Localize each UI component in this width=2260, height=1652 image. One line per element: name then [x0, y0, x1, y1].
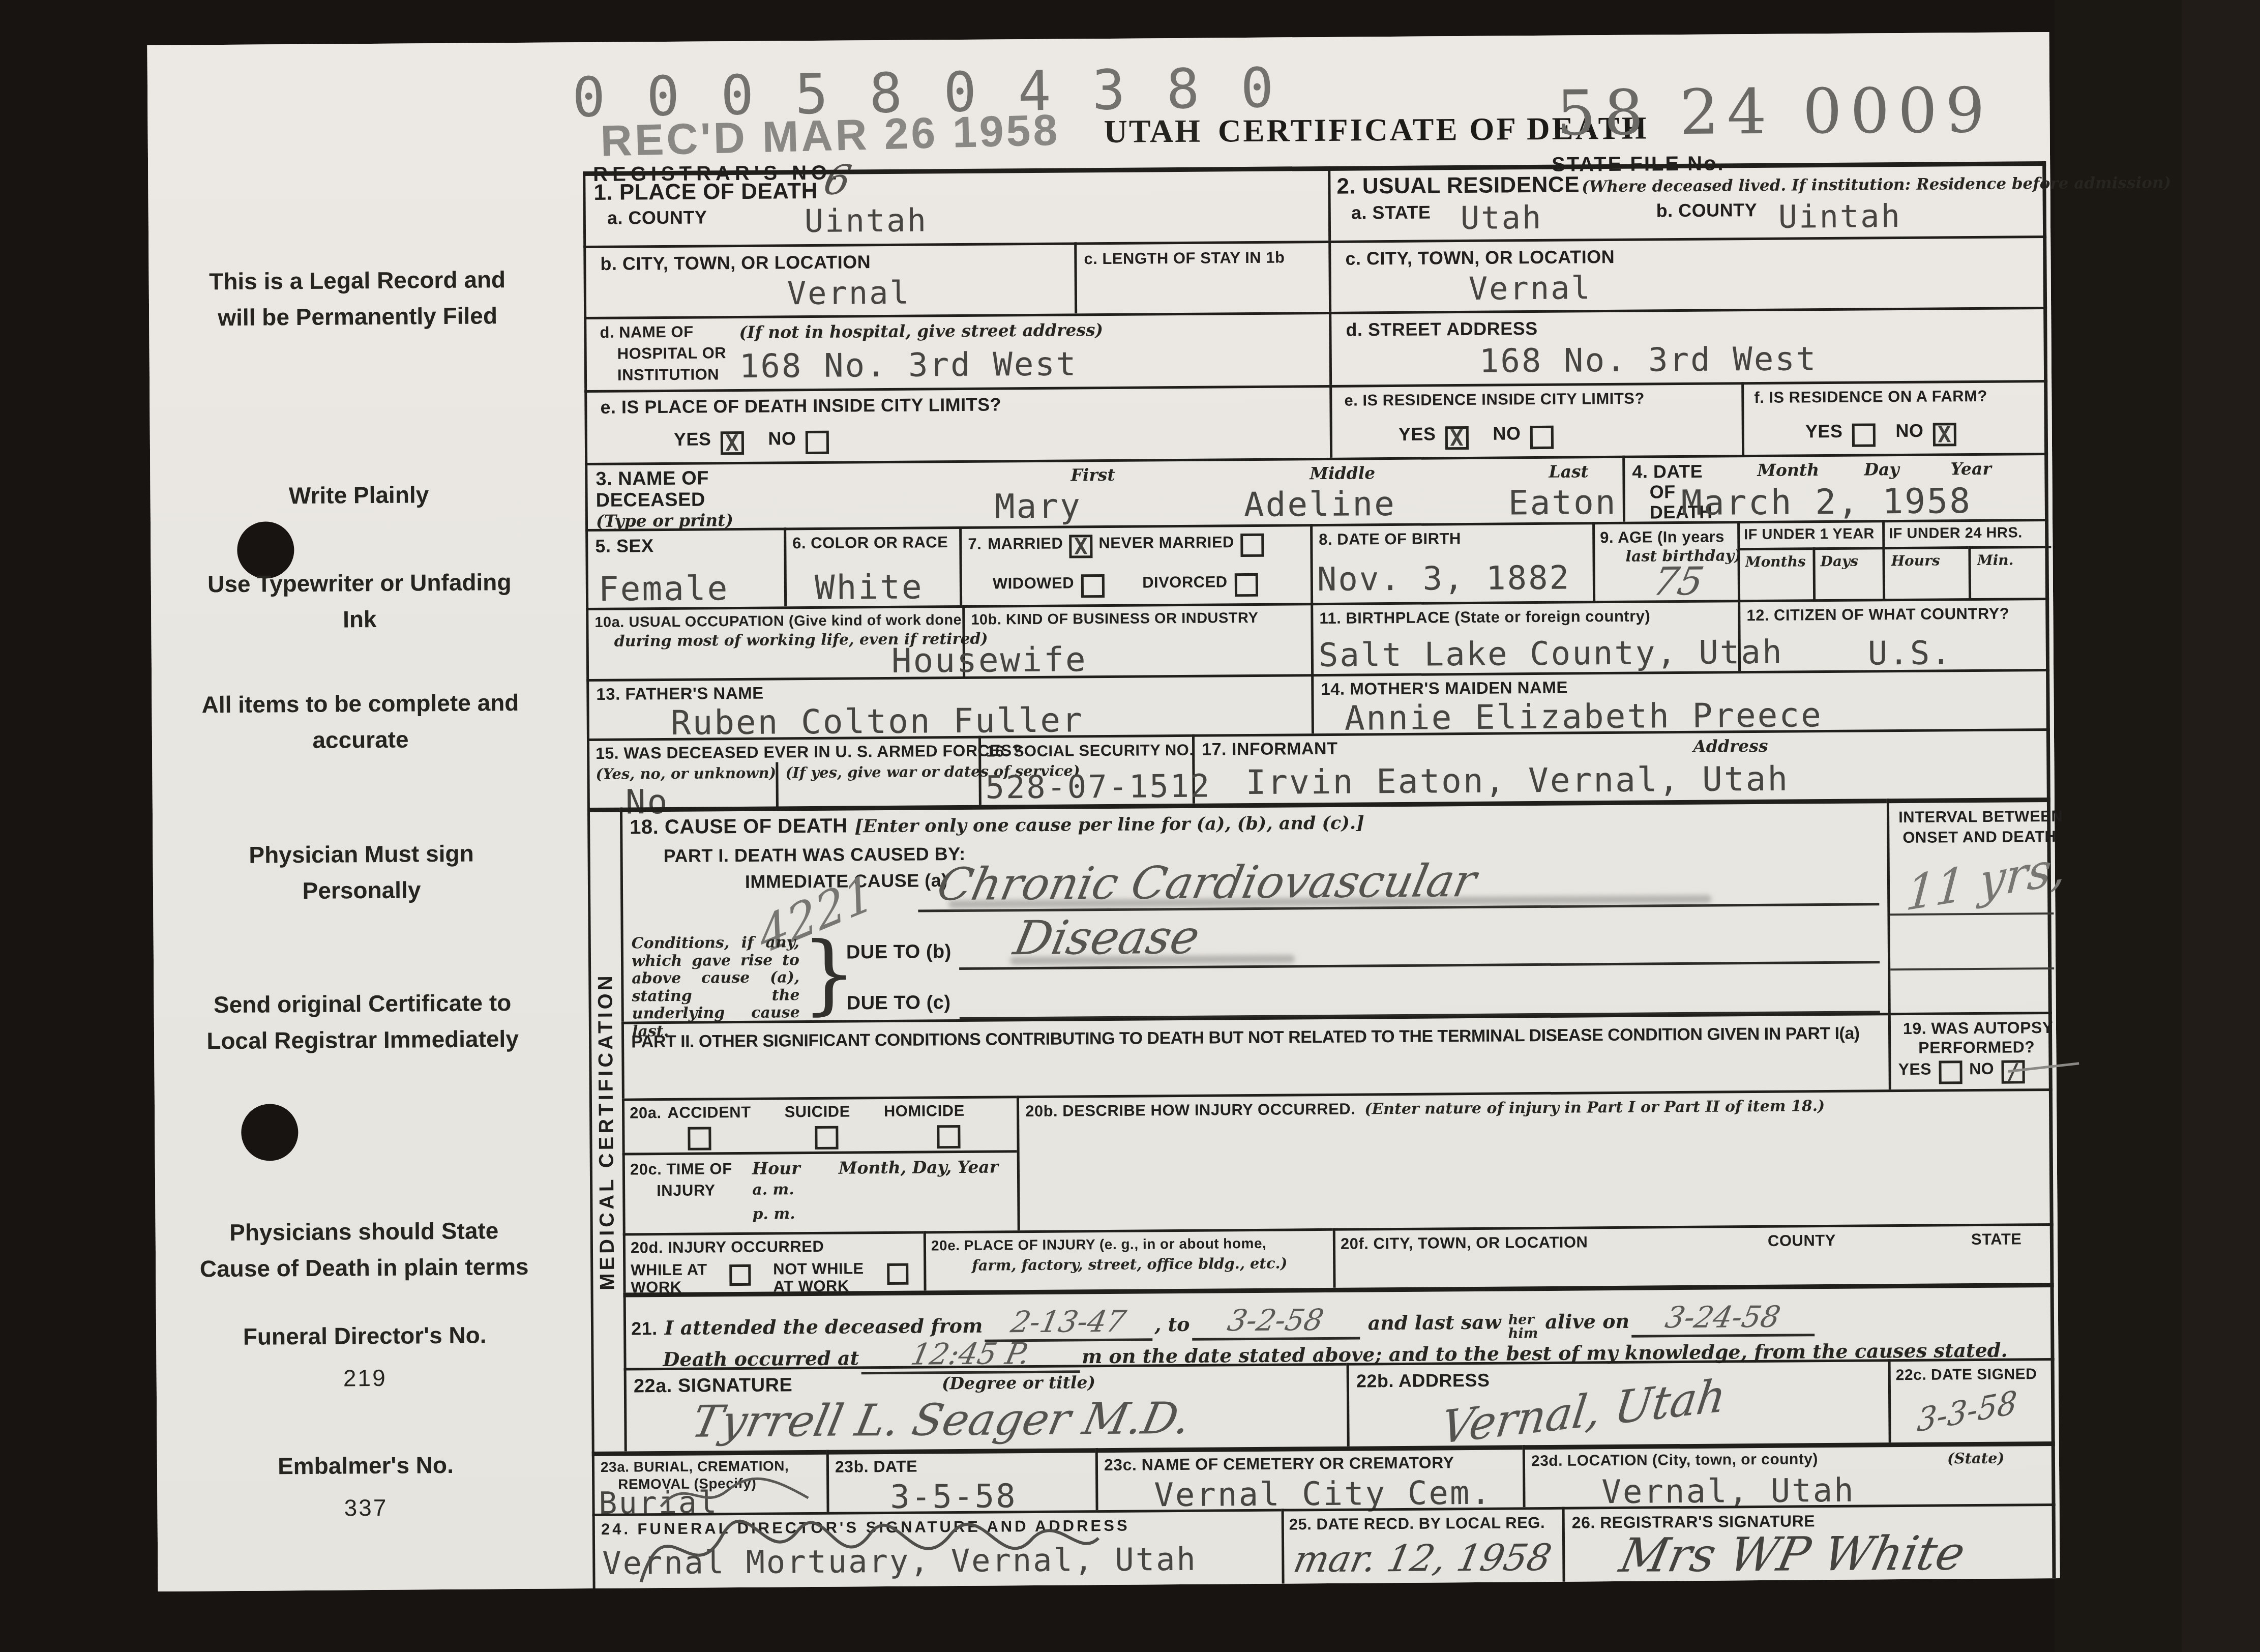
date-of-death-value: March 2, 1958 [1681, 481, 1972, 523]
field-name-of-deceased: 3. NAME OF DECEASED (Type or print) Firs… [585, 456, 1623, 529]
age-value: 75 [1649, 558, 1708, 604]
injury-city-label: 20f. CITY, TOWN, OR LOCATION [1341, 1233, 1588, 1253]
informant-value: Irvin Eaton, Vernal, Utah [1245, 759, 1789, 802]
attended-text-4: alive on [1545, 1310, 1629, 1333]
scanner-background-stripe [2182, 0, 2260, 1652]
under-1yr-label: IF UNDER 1 YEAR [1744, 525, 1875, 543]
address-label: 22b. ADDRESS [1356, 1370, 1490, 1392]
ur-city-value: Vernal [1469, 269, 1592, 307]
field-street-address: d. STREET ADDRESS 168 No. 3rd West [1329, 307, 2047, 385]
street-address-value: 168 No. 3rd West [1479, 340, 1818, 380]
part1-label: PART I. DEATH WAS CAUSED BY: [663, 843, 965, 867]
pod-city-value: Vernal [787, 274, 910, 312]
first-header: First [1070, 465, 1115, 485]
accident-label: ACCIDENT [667, 1103, 751, 1122]
field-funeral-director: 24. FUNERAL DIRECTOR'S SIGNATURE AND ADD… [592, 1509, 1282, 1588]
checkbox-not-while-at-work [887, 1263, 908, 1285]
medical-certification-label: MEDICAL CERTIFICATION [593, 812, 622, 1451]
mdy-label: Month, Day, Year [839, 1157, 998, 1177]
ur-county-label: b. COUNTY [1656, 199, 1758, 221]
ur-city-label: c. CITY, TOWN, OR LOCATION [1345, 246, 1615, 270]
name-label-1: 3. NAME OF [596, 467, 709, 490]
usual-residence-title: 2. USUAL RESIDENCE (Where deceased lived… [1336, 168, 2171, 199]
place-injury-text-1: 20e. PLACE OF INJURY (e. g., in or about… [931, 1235, 1267, 1254]
place-injury-label-1: 20e. PLACE OF INJURY (e. g., in or about… [931, 1235, 1267, 1254]
field-sex: 5. SEX Female [585, 527, 784, 608]
field-date-of-death: 4. DATE OF DEATH Month Day Year March 2,… [1622, 453, 2048, 522]
age-label: 9. AGE (In years [1600, 527, 1724, 547]
dod-label-1: 4. DATE [1632, 461, 1703, 483]
checkbox-ur-limits-no [1530, 426, 1553, 449]
field-length-of-stay: c. LENGTH OF STAY IN 1b [1074, 241, 1329, 313]
suicide-label: SUICIDE [784, 1102, 850, 1120]
place-injury-text-2: farm, factory, street, office bldg., etc… [972, 1254, 1287, 1274]
armed-forces-divider [776, 762, 779, 809]
armed-forces-label: 15. WAS DECEASED EVER IN U. S. ARMED FOR… [596, 741, 1022, 763]
checkbox-ur-limits-yes: X [1445, 426, 1468, 450]
interval-label-1: INTERVAL BETWEEN [1898, 807, 2063, 827]
not-while-1: NOT WHILE [773, 1259, 864, 1278]
field-armed-forces: 15. WAS DECEASED EVER IN U. S. ARMED FOR… [587, 736, 979, 808]
attended-to-value: 3-2-58 [1225, 1303, 1327, 1338]
dod-label-2: OF [1649, 481, 1675, 503]
citizen-label: 12. CITIZEN OF WHAT COUNTRY? [1746, 605, 2009, 625]
subfield-min: Min. [1968, 546, 2051, 601]
dob-label: 8. DATE OF BIRTH [1319, 529, 1461, 549]
manner-num: 20a. [630, 1104, 662, 1122]
injury-state-label: STATE [1971, 1230, 2022, 1249]
divorced-label: DIVORCED [1142, 573, 1228, 591]
checkbox-pod-limits-no [805, 431, 828, 454]
check-mark: X [1938, 422, 1951, 448]
field-pod-city: b. CITY, TOWN, OR LOCATION Vernal [583, 242, 1075, 317]
field-ur-city: c. CITY, TOWN, OR LOCATION Vernal [1328, 235, 2047, 312]
immediate-cause-value-1: Chronic Cardiovascular [933, 854, 1481, 911]
her-label: her [1508, 1313, 1538, 1326]
field-under-1-year: IF UNDER 1 YEAR Months Days [1737, 520, 1883, 600]
age-label-1: 9. AGE (In years [1600, 527, 1724, 546]
field-20e-place-of-injury: 20e. PLACE OF INJURY (e. g., in or about… [924, 1228, 1333, 1291]
signature-hint: (Degree or title) [942, 1372, 1095, 1393]
ur-state-label: a. STATE [1351, 201, 1431, 223]
field-place-of-death-county: 1. PLACE OF DEATH a. COUNTY Uintah [583, 166, 1328, 246]
field-date-signed: 22c. DATE SIGNED 3-3-58 [1888, 1358, 2055, 1442]
title-state: UTAH [1104, 113, 1202, 150]
yes-label: YES [1399, 423, 1436, 445]
month-header: Month [1757, 460, 1819, 480]
margin-note-cause-plain: Physicians should State Cause of Death i… [196, 1213, 532, 1287]
checkbox-suicide [815, 1126, 838, 1149]
field-hospital: d. NAME OF HOSPITAL OR INSTITUTION (If n… [584, 312, 1329, 390]
margin-note-typewriter: Use Typewriter or Unfading Ink [192, 564, 528, 639]
dob-value: Nov. 3, 1882 [1317, 559, 1571, 599]
widowed-label: WIDOWED [993, 574, 1074, 592]
checkbox-married: X [1069, 535, 1092, 558]
field-cemetery: 23c. NAME OF CEMETERY OR CREMATORY Verna… [1095, 1445, 1523, 1510]
marital-row-2: WIDOWED DIVORCED [993, 573, 1258, 599]
manner-labels: 20a. ACCIDENT SUICIDE HOMICIDE [630, 1102, 965, 1123]
checkbox-divorced [1235, 573, 1258, 597]
scanner-background-stripe [2055, 0, 2182, 1652]
autopsy-answer: YES NO ∕ [1898, 1059, 2025, 1084]
hospital-hint: (If not in hospital, give street address… [739, 320, 1103, 342]
date-signed-value: 3-3-58 [1916, 1383, 2018, 1439]
interval-hairline [1890, 967, 2054, 970]
checkbox-homicide [937, 1125, 960, 1148]
interval-value: 11 yrs, [1904, 839, 2068, 922]
usual-residence-title-hint: (Where deceased lived. If institution: R… [1582, 173, 2171, 196]
field-citizen: 12. CITIZEN OF WHAT COUNTRY? U.S. [1738, 598, 2049, 671]
marital-num: 7. [968, 535, 982, 553]
injury-occurred-label: 20d. INJURY OCCURRED [631, 1237, 824, 1257]
occupation-value: Housewife [891, 640, 1087, 681]
interval-label-2: ONSET AND DEATH [1902, 828, 2056, 847]
birthplace-label: 11. BIRTHPLACE (State or foreign country… [1319, 607, 1650, 628]
due-b-label: DUE TO (b) [846, 941, 951, 963]
informant-label: 17. INFORMANT [1202, 739, 1337, 760]
field-father-name: 13. FATHER'S NAME Ruben Colton Fuller [586, 674, 1312, 739]
check-mark: X [725, 430, 739, 456]
married-label: MARRIED [988, 535, 1063, 553]
year-header: Year [1950, 459, 1991, 479]
describe-injury-row: 20b. DESCRIBE HOW INJURY OCCURRED. (Ente… [1025, 1097, 1825, 1120]
field-ssn: 16. SOCIAL SECURITY NO. 528-07-1512 [978, 734, 1193, 805]
burial-location-state: (State) [1947, 1450, 2005, 1467]
place-of-death-title: 1. PLACE OF DEATH [593, 179, 818, 205]
race-value: White [815, 567, 924, 607]
field-marital-status: 7. MARRIED X NEVER MARRIED WIDOWED DIVOR… [959, 524, 1311, 605]
subfield-hours: Hours [1885, 546, 1969, 601]
field-color-race: 6. COLOR OR RACE White [784, 526, 960, 606]
burial-location-label: 23d. LOCATION (City, town, or county) [1531, 1451, 1818, 1470]
length-of-stay-label: c. LENGTH OF STAY IN 1b [1084, 248, 1285, 268]
due-c-label: DUE TO (c) [846, 992, 950, 1014]
time-injury-label-2: INJURY [657, 1181, 716, 1200]
sex-value: Female [599, 569, 729, 609]
funeral-director-no-value: 219 [197, 1359, 532, 1398]
ssn-label: 16. SOCIAL SECURITY NO. [986, 741, 1194, 761]
field-attended-statement: 21. I attended the deceased from 2-13-47… [623, 1283, 2055, 1368]
no-label: NO [1895, 420, 1923, 441]
field-20f-injury-location: 20f. CITY, TOWN, OR LOCATION COUNTY STAT… [1333, 1223, 2054, 1288]
yes-label: YES [1805, 421, 1843, 442]
checkbox-widowed [1081, 574, 1105, 598]
while-at-work-1: WHILE AT [631, 1260, 707, 1279]
margin-note-send-original: Send original Certificate to Local Regis… [194, 985, 530, 1059]
margin-note-legal-record: This is a Legal Record and will be Perma… [189, 261, 525, 336]
hospital-label-1: d. NAME OF [600, 323, 693, 342]
birthplace-value: Salt Lake County, Utah [1319, 634, 1783, 674]
autopsy-label-2: PERFORMED? [1918, 1038, 2035, 1057]
field-residence-farm: f. IS RESIDENCE ON A FARM? YES NO X [1741, 380, 2048, 455]
attended-num: 21. [631, 1318, 658, 1339]
race-label: 6. COLOR OR RACE [792, 533, 948, 552]
margin-note-complete: All items to be complete and accurate [192, 685, 528, 759]
cemetery-label: 23c. NAME OF CEMETERY OR CREMATORY [1104, 1453, 1454, 1474]
middle-header: Middle [1310, 463, 1375, 483]
field-physician-signature: 22a. SIGNATURE (Degree or title) Tyrrell… [624, 1363, 1347, 1452]
pm-label: p. m. [752, 1205, 795, 1223]
date-received-value: mar. 12, 1958 [1290, 1536, 1555, 1581]
physician-signature-value: Tyrrell L. Seager M.D. [688, 1393, 1195, 1448]
field-autopsy: 19. WAS AUTOPSY PERFORMED? YES NO ∕ [1888, 1012, 2053, 1089]
last-header: Last [1549, 461, 1589, 482]
field-date-received: 25. DATE RECD. BY LOCAL REG. mar. 12, 19… [1282, 1507, 1563, 1584]
subfield-months: Months [1740, 547, 1813, 602]
occupation-label-1: 10a. USUAL OCCUPATION (Give kind of work… [594, 612, 962, 631]
attended-text-1: I attended the deceased from [664, 1314, 983, 1339]
hole-punch [241, 1104, 299, 1161]
date-signed-label: 22c. DATE SIGNED [1896, 1366, 2037, 1384]
field-date-of-birth: 8. DATE OF BIRTH Nov. 3, 1882 [1310, 522, 1593, 603]
middle-name-value: Adeline [1244, 484, 1396, 524]
registrar-signature-value: Mrs WP White [1615, 1526, 1970, 1583]
alive-on-value: 3-24-58 [1662, 1300, 1783, 1335]
medical-certification-strip: MEDICAL CERTIFICATION [587, 808, 625, 1452]
time-injury-label-1: 20c. TIME OF [630, 1160, 732, 1178]
farm-label: f. IS RESIDENCE ON A FARM? [1754, 387, 1987, 407]
never-married-label: NEVER MARRIED [1098, 533, 1234, 552]
checkbox-never-married [1240, 534, 1264, 557]
no-label: NO [1969, 1059, 1994, 1078]
field-under-24-hrs: IF UNDER 24 HRS. Hours Min. [1882, 519, 2049, 599]
ssn-value: 528-07-1512 [985, 768, 1211, 806]
farm-answer: YES NO X [1805, 420, 1964, 447]
field-cause-of-death: 18. CAUSE OF DEATH [Enter only one cause… [620, 799, 1888, 1021]
hour-label: Hour [752, 1158, 800, 1178]
margin-note-write-plainly: Write Plainly [191, 476, 526, 515]
months-label: Months [1745, 553, 1805, 570]
name-label-2: DECEASED [596, 489, 705, 512]
checkbox-farm-yes [1852, 424, 1875, 447]
embalmer-no-label: Embalmer's No. [198, 1447, 533, 1485]
field-mother-name: 14. MOTHER'S MAIDEN NAME Annie Elizabeth… [1311, 669, 2050, 733]
signature-label: 22a. SIGNATURE [634, 1374, 793, 1397]
field-20d-injury-occurred: 20d. INJURY OCCURRED WHILE AT WORK NOT W… [623, 1231, 924, 1292]
margin-note-physician-sign: Physician Must sign Personally [193, 835, 529, 910]
field-usual-residence-state-county: 2. USUAL RESIDENCE (Where deceased lived… [1328, 161, 2046, 241]
field-physician-address: 22b. ADDRESS Vernal, Utah [1347, 1359, 1889, 1446]
date-received-label: 25. DATE RECD. BY LOCAL REG. [1289, 1514, 1545, 1534]
describe-injury-hint: (Enter nature of injury in Part I or Par… [1364, 1097, 1825, 1118]
checkbox-farm-no: X [1932, 423, 1956, 447]
informant-address-header: Address [1693, 736, 1768, 756]
cause-title-hint: [Enter only one cause per line for (a), … [854, 812, 1364, 837]
pod-limits-label: e. IS PLACE OF DEATH INSIDE CITY LIMITS? [600, 394, 1001, 418]
no-label: NO [1493, 423, 1521, 444]
autopsy-label-1: 19. WAS AUTOPSY [1903, 1018, 2054, 1038]
describe-injury-label: 20b. DESCRIBE HOW INJURY OCCURRED. [1025, 1100, 1355, 1120]
subfield-days: Days [1812, 547, 1885, 602]
under-24-label: IF UNDER 24 HRS. [1889, 524, 2023, 542]
sex-label: 5. SEX [595, 535, 653, 557]
ur-state-value: Utah [1461, 199, 1543, 237]
min-label: Min. [1977, 551, 2013, 569]
hospital-value: 168 No. 3rd West [739, 345, 1078, 386]
first-name-value: Mary [995, 486, 1082, 526]
ur-limits-label: e. IS RESIDENCE INSIDE CITY LIMITS? [1344, 390, 1645, 410]
attended-from-value: 2-13-47 [1008, 1304, 1129, 1340]
injury-county-label: COUNTY [1768, 1231, 1836, 1250]
field-pod-city-limits: e. IS PLACE OF DEATH INSIDE CITY LIMITS?… [584, 385, 1330, 463]
field-informant: 17. INFORMANT Address Irvin Eaton, Verna… [1192, 728, 2050, 804]
field-part2-conditions: PART II. OTHER SIGNIFICANT CONDITIONS CO… [621, 1013, 1889, 1098]
pod-county-label: a. COUNTY [607, 206, 707, 228]
field-ur-city-limits: e. IS RESIDENCE INSIDE CITY LIMITS? YES … [1329, 382, 1742, 458]
part2-label: PART II. OTHER SIGNIFICANT CONDITIONS CO… [631, 1024, 1860, 1052]
scanned-document: This is a Legal Record and will be Perma… [0, 0, 2260, 1652]
check-mark: X [1450, 425, 1464, 451]
funeral-director-no-label: Funeral Director's No. [197, 1317, 532, 1355]
hospital-label-3: INSTITUTION [617, 365, 719, 384]
am-label: a. m. [752, 1181, 794, 1199]
check-mark: X [1074, 534, 1088, 560]
mother-label: 14. MOTHER'S MAIDEN NAME [1321, 678, 1568, 699]
attended-text-3: and last saw [1367, 1311, 1501, 1335]
pod-limits-answer: YES X NO [674, 428, 836, 456]
burial-date-label: 23b. DATE [835, 1457, 917, 1477]
field-20c-time-of-injury: 20c. TIME OF INJURY Hour Month, Day, Yea… [622, 1150, 1018, 1233]
yes-label: YES [1898, 1060, 1931, 1078]
state-file-number: 58 24 0009 [1556, 74, 1994, 150]
last-name-value: Eaton [1508, 483, 1617, 522]
field-age: 9. AGE (In years last birthday) 75 [1592, 521, 1738, 601]
citizen-value: U.S. [1868, 634, 1953, 672]
certificate-paper: This is a Legal Record and will be Perma… [147, 32, 2060, 1591]
field-interval-onset-death: INTERVAL BETWEEN ONSET AND DEATH 11 yrs, [1887, 798, 2052, 1013]
yes-label: YES [674, 428, 711, 450]
father-label: 13. FATHER'S NAME [596, 684, 764, 704]
field-birthplace: 11. BIRTHPLACE (State or foreign country… [1311, 600, 1738, 674]
field-registrar-signature: 26. REGISTRAR'S SIGNATURE Mrs WP White [1562, 1503, 2056, 1582]
cause-title-row: 18. CAUSE OF DEATH [Enter only one cause… [630, 811, 1364, 839]
marital-row-1: 7. MARRIED X NEVER MARRIED [968, 533, 1264, 559]
hours-label: Hours [1891, 552, 1940, 570]
pod-county-value: Uintah [805, 201, 928, 240]
attended-text-2: , to [1154, 1313, 1190, 1336]
checkbox-while-at-work [729, 1264, 751, 1286]
no-label: NO [768, 428, 796, 449]
day-header: Day [1864, 459, 1899, 479]
hospital-label-2: HOSPITAL OR [617, 344, 727, 363]
homicide-label: HOMICIDE [884, 1102, 965, 1120]
field-20b-describe-injury: 20b. DESCRIBE HOW INJURY OCCURRED. (Ente… [1017, 1088, 2054, 1230]
funeral-director-signature-scrawl [625, 1477, 1109, 1598]
pod-city-label: b. CITY, TOWN, OR LOCATION [600, 251, 871, 275]
armed-forces-hint-1: (Yes, no, or unknown) [596, 764, 776, 782]
checkbox-autopsy-yes [1939, 1061, 1962, 1084]
field-burial-location: 23d. LOCATION (City, town, or county) (S… [1523, 1441, 2056, 1507]
ur-county-value: Uintah [1778, 197, 1901, 235]
street-address-label: d. STREET ADDRESS [1346, 318, 1537, 341]
checkbox-pod-limits-yes: X [720, 431, 744, 455]
days-label: Days [1820, 553, 1858, 570]
field-20a-manner: 20a. ACCIDENT SUICIDE HOMICIDE [622, 1096, 1017, 1153]
embalmer-no-value: 337 [198, 1489, 533, 1527]
usual-residence-title-text: 2. USUAL RESIDENCE [1336, 172, 1580, 198]
cause-title: 18. CAUSE OF DEATH [630, 815, 848, 839]
immediate-cause-value-2: Disease [1009, 910, 1204, 966]
industry-label: 10b. KIND OF BUSINESS OR INDUSTRY [971, 610, 1258, 629]
checkbox-accident [688, 1127, 711, 1150]
ur-limits-answer: YES X NO [1399, 423, 1561, 451]
